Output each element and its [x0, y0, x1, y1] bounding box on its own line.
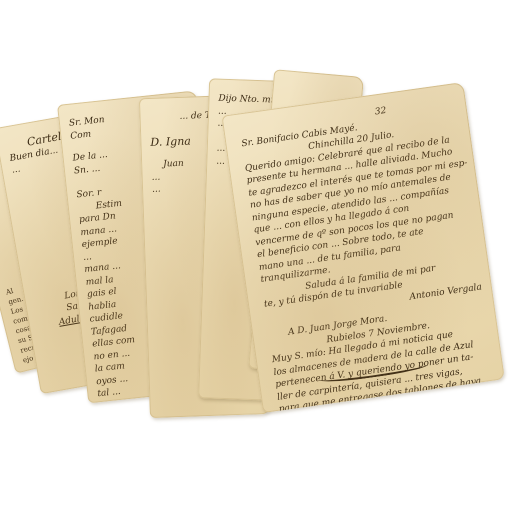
signature-2: José Ramón: [283, 411, 501, 413]
letter-sheet-front: 32 Sr. Bonifacio Cabis Mayé. Chinchilla …: [221, 82, 504, 413]
letters-photo: ... Al gen. Los como cosas su Sr. recrea…: [0, 0, 512, 512]
